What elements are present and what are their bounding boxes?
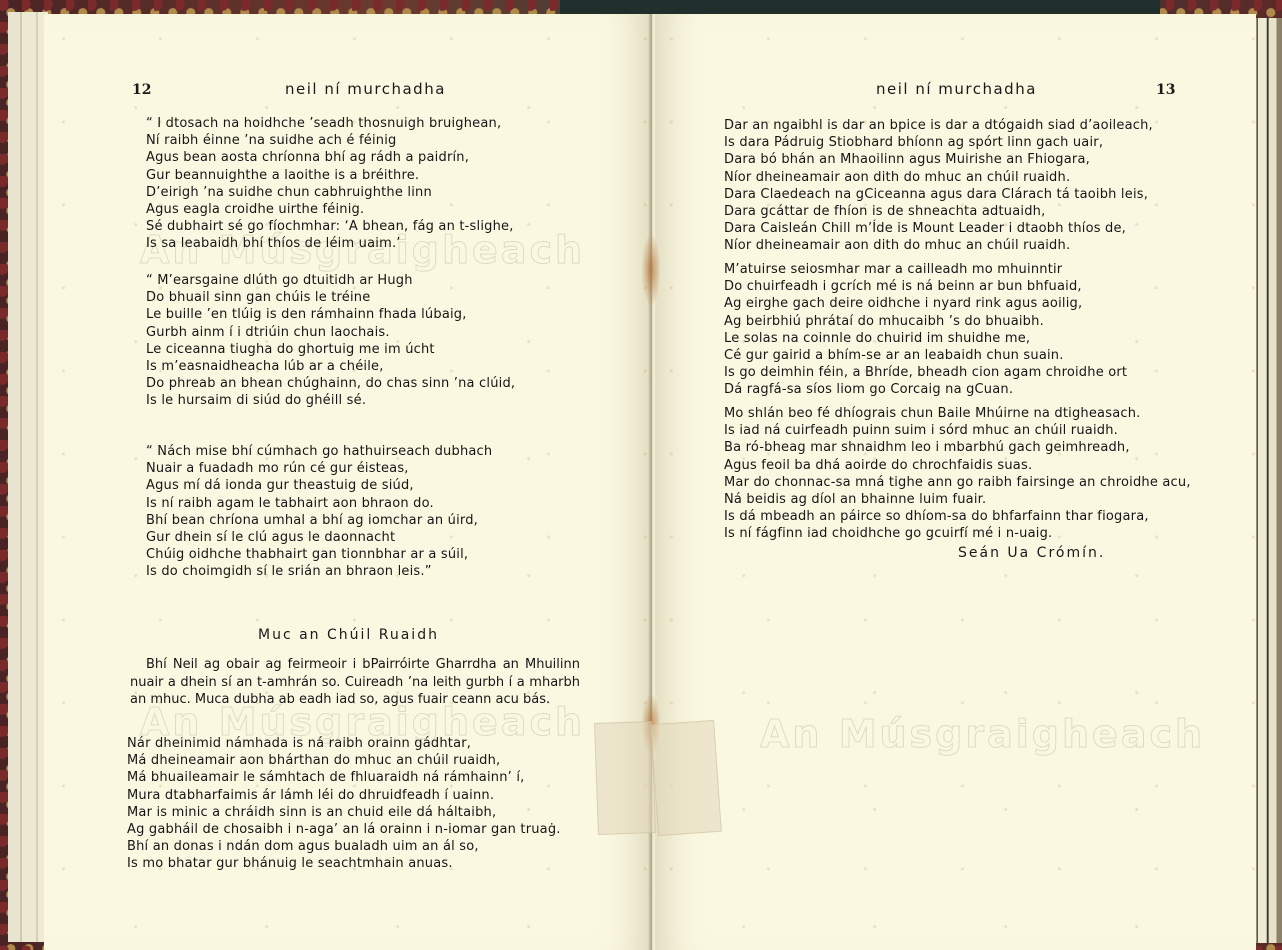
stanza-2-left: “ M’earsgaine dlúth go dtuitidh ar Hugh … [146, 272, 515, 410]
verse-line: M’atuirse seiosmhar mar a cailleadh mo m… [724, 261, 1127, 278]
watermark: An Músgraigheach [760, 712, 1205, 756]
verse-line: Agus eagla croidhe uirthe féinig. [146, 201, 514, 218]
section-title: Muc an Chúil Ruaidh [258, 627, 439, 643]
verse-line: Níor dheineamair aon dith do mhuc an chú… [724, 237, 1153, 254]
verse-line: Is do choimgidh sí le srián an bhraon le… [146, 563, 492, 580]
verse-line: “ I dtosach na hoidhche ’seadh thosnuigh… [146, 115, 514, 132]
verse-line: Is ní raibh agam le tabhairt aon bhraon … [146, 495, 492, 512]
stanza-4-left: Nár dheinimid námhada is ná raibh orainn… [127, 735, 561, 873]
verse-line: D’eirigh ’na suidhe chun cabhruighthe li… [146, 184, 514, 201]
verse-line: Agus feoil ba dhá aoirde do chrochfaidis… [724, 457, 1191, 474]
verse-line: Dara Claedeach na gCiceanna agus dara Cl… [724, 186, 1153, 203]
verse-line: Mura dtabharfaimis ár lámh léi do dhruid… [127, 787, 561, 804]
verse-line: Cé gur gairid a bhím-se ar an leabaidh c… [724, 347, 1127, 364]
rust-stain [642, 235, 660, 305]
verse-line: Is sa leabaidh bhí thíos de léim uaim.’ [146, 235, 514, 252]
verse-line: Níor dheineamair aon dith do mhuc an chú… [724, 169, 1153, 186]
stanza-1-right: Dar an ngaibhl is dar an bpice is dar a … [724, 117, 1153, 255]
verse-line: Is iad ná cuirfeadh puinn suim i sórd mh… [724, 422, 1191, 439]
verse-line: Is ní fágfinn iad choidhche go gcuirfí m… [724, 525, 1191, 542]
verse-line: Do phreab an bhean chúghainn, do chas si… [146, 375, 515, 392]
verse-line: Dara gcáttar de fhíon is de shneachta ad… [724, 203, 1153, 220]
verse-line: Má dheineamair aon bhárthan do mhuc an c… [127, 752, 561, 769]
stanza-2-right: M’atuirse seiosmhar mar a cailleadh mo m… [724, 261, 1127, 399]
verse-line: Is dara Pádruig Stiobhard bhíonn ag spór… [724, 134, 1153, 151]
verse-line: Is dá mbeadh an páirce so dhíom-sa do bh… [724, 508, 1191, 525]
right-page-stack [1254, 18, 1282, 943]
verse-line: “ M’earsgaine dlúth go dtuitidh ar Hugh [146, 272, 515, 289]
verse-line: Do chuirfeadh i gcrích mé is ná beinn ar… [724, 278, 1127, 295]
verse-line: Bhí bean chríona umhal a bhí ag iomchar … [146, 512, 492, 529]
verse-line: Nár dheinimid námhada is ná raibh orainn… [127, 735, 561, 752]
verse-line: Is mo bhatar gur bhánuig le seachtmhain … [127, 855, 561, 872]
repair-tape [594, 721, 656, 835]
verse-line: Mar is minic a chráidh sinn is an chuid … [127, 804, 561, 821]
verse-line: Dara bó bhán an Mhaoilinn agus Muirishe … [724, 151, 1153, 168]
repair-tape [650, 720, 722, 836]
verse-line: Do bhuail sinn gan chúis le tréine [146, 289, 515, 306]
stanza-1-left: “ I dtosach na hoidhche ’seadh thosnuigh… [146, 115, 514, 253]
verse-line: Dar an ngaibhl is dar an bpice is dar a … [724, 117, 1153, 134]
verse-line: “ Nách mise bhí cúmhach go hathuirseach … [146, 443, 492, 460]
verse-line: Mar do chonnac-sa mná tighe ann go raibh… [724, 474, 1191, 491]
page-number-right: 13 [1156, 82, 1175, 98]
verse-line: Ag eirghe gach deire oidhche i nyard rin… [724, 295, 1127, 312]
author-signature: Seán Ua Crómín. [958, 545, 1105, 561]
verse-line: Is go deimhin féin, a Bhríde, bheadh cio… [724, 364, 1127, 381]
verse-line: Bhí an donas i ndán dom agus bualadh uim… [127, 838, 561, 855]
verse-line: Gurbh ainm í i dtriúin chun laochais. [146, 324, 515, 341]
verse-line: Ba ró-bheag mar shnaidhm leo i mbarbhú g… [724, 439, 1191, 456]
verse-line: Mo shlán beo fé dhíograis chun Baile Mhú… [724, 405, 1191, 422]
verse-line: Is m’easnaidheacha lúb ar a chéile, [146, 358, 515, 375]
verse-line: Dá ragfá-sa síos liom go Corcaig na gCua… [724, 381, 1127, 398]
verse-line: Ná beidis ag díol an bhainne luim fuair. [724, 491, 1191, 508]
verse-line: Le buille ’en tlúig is den rámhainn fhad… [146, 306, 515, 323]
verse-line: Nuair a fuadadh mo rún cé gur éisteas, [146, 460, 492, 477]
verse-line: Dara Caisleán Chill m’Íde is Mount Leade… [724, 220, 1153, 237]
prose-intro: Bhí Neil ag obair ag feirmeoir i bPairró… [130, 656, 580, 709]
stanza-3-right: Mo shlán beo fé dhíograis chun Baile Mhú… [724, 405, 1191, 543]
verse-line: Is le hursaim di siúd do ghéill sé. [146, 392, 515, 409]
verse-line: Agus mí dá ionda gur theastuig de siúd, [146, 477, 492, 494]
verse-line: Gur dhein sí le clú agus le daonnacht [146, 529, 492, 546]
verse-line: Agus bean aosta chríonna bhí ag rádh a p… [146, 149, 514, 166]
cover-top-edge [560, 0, 1160, 14]
verse-line: Chúig oidhche thabhairt gan tionnbhar ar… [146, 546, 492, 563]
verse-line: Ag gabháil de chosaibh i n-aga’ an lá or… [127, 821, 561, 838]
stanza-3-left: “ Nách mise bhí cúmhach go hathuirseach … [146, 443, 492, 581]
running-head-right: Neil Ní Murchadha [876, 80, 1037, 98]
verse-line: Sé dubhairt sé go fíochmhar: ‘A bhean, f… [146, 218, 514, 235]
left-page-stack [8, 12, 48, 942]
verse-line: Le solas na coinnle do chuirid im shuidh… [724, 330, 1127, 347]
verse-line: Má bhuaileamair le sámhtach de fhluaraid… [127, 769, 561, 786]
verse-line: Le ciceanna tiugha do ghortuig me im úch… [146, 341, 515, 358]
running-head-left: Neil Ní Murchadha [285, 80, 446, 98]
verse-line: Ag beirbhiú phrátaí do mhucaibh ’s do bh… [724, 313, 1127, 330]
page-number-left: 12 [132, 82, 151, 98]
verse-line: Gur beannuighthe a laoithe is a bréithre… [146, 167, 514, 184]
verse-line: Ní raibh éinne ’na suidhe ach é féinig [146, 132, 514, 149]
